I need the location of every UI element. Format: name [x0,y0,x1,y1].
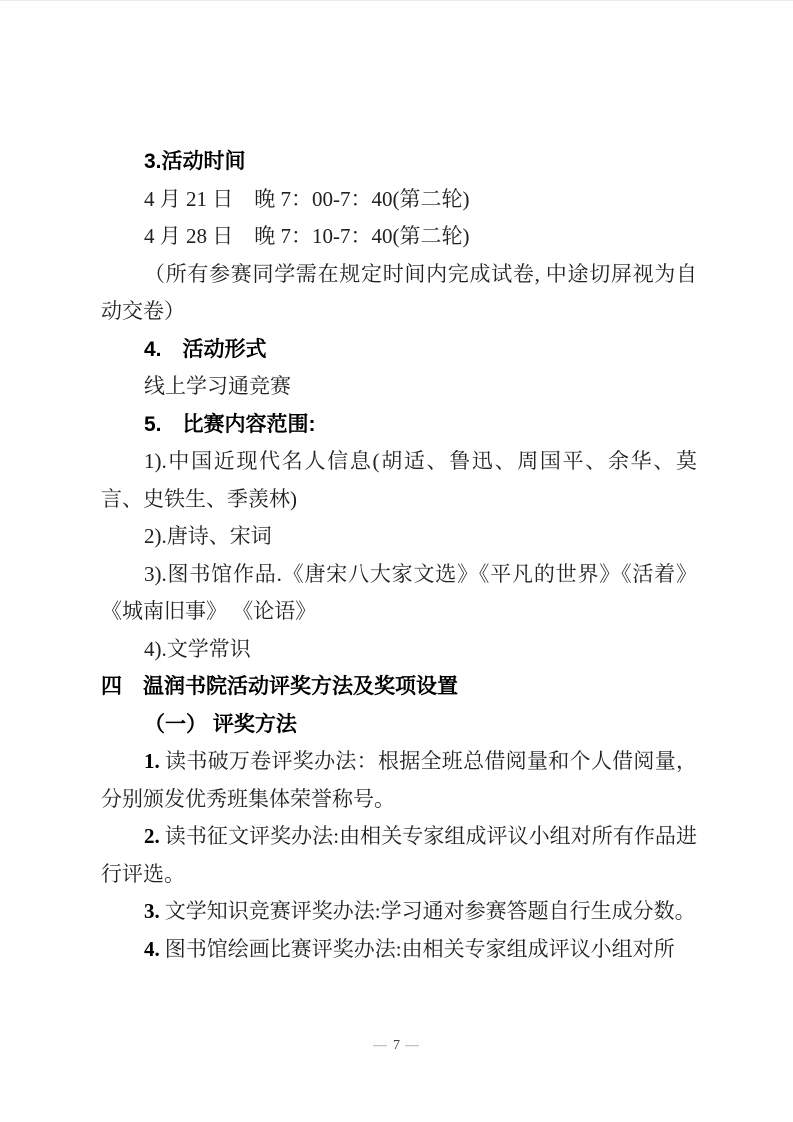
page-footer: —7— [0,1037,793,1055]
paragraph-text: 3).图书馆作品.《唐宋八大家文选》《平凡的世界》《活着》《城南旧事》 《论语》 [101,562,697,624]
paragraph-award-method-2: 2.读书征文评奖办法:由相关专家组成评议小组对所有作品进行评选。 [101,818,697,893]
paragraph-scope-item-2: 2).唐诗、宋词 [101,518,697,556]
paragraph-date-round-2: 4 月 28 日 晚 7：10-7：40(第二轮) [101,218,697,256]
heading-text: 3.活动时间 [144,150,246,173]
heading-text: 四 温润书院活动评奖方法及奖项设置 [101,675,458,698]
heading-activity-time: 3.活动时间 [101,143,697,181]
paragraph-text: 读书破万卷评奖办法：根据全班总借阅量和个人借阅量，分别颁发优秀班集体荣誉称号。 [101,749,697,811]
paragraph-exam-rule-note: （所有参赛同学需在规定时间内完成试卷, 中途切屏视为自动交卷） [101,256,697,331]
paragraph-text: （所有参赛同学需在规定时间内完成试卷, 中途切屏视为自动交卷） [101,262,697,324]
paragraph-scope-item-4: 4).文学常识 [101,631,697,669]
paragraph-award-method-3: 3.文学知识竞赛评奖办法:学习通对参赛答题自行生成分数。 [101,893,697,931]
page-number: 7 [393,1038,400,1053]
paragraph-date-round-1: 4 月 21 日 晚 7：00-7：40(第二轮) [101,181,697,219]
paragraph-award-method-4: 4.图书馆绘画比赛评奖办法:由相关专家组成评议小组对所 [101,931,697,969]
paragraph-award-method-1: 1.读书破万卷评奖办法：根据全班总借阅量和个人借阅量，分别颁发优秀班集体荣誉称号… [101,743,697,818]
footer-dash-right: — [405,1038,420,1053]
paragraph-text: 文学知识竞赛评奖办法:学习通对参赛答题自行生成分数。 [165,899,696,923]
heading-section-awards: 四 温润书院活动评奖方法及奖项设置 [101,668,697,706]
paragraph-number: 2. [144,824,160,848]
paragraph-scope-item-1: 1).中国近现代名人信息(胡适、鲁迅、周国平、余华、莫言、史铁生、季羡林) [101,443,697,518]
heading-competition-scope: 5. 比赛内容范围: [101,406,697,444]
paragraph-number: 4. [144,937,160,961]
heading-award-method: （一） 评奖方法 [101,706,697,744]
paragraph-text: 图书馆绘画比赛评奖办法:由相关专家组成评议小组对所 [165,937,675,961]
paragraph-text: 读书征文评奖办法:由相关专家组成评议小组对所有作品进行评选。 [101,824,697,886]
paragraph-number: 3. [144,899,160,923]
heading-text: （一） 评奖方法 [144,713,297,736]
paragraph-text: 1).中国近现代名人信息(胡适、鲁迅、周国平、余华、莫言、史铁生、季羡林) [101,449,697,511]
paragraph-activity-format: 线上学习通竞赛 [101,368,697,406]
paragraph-text: 4).文学常识 [144,637,251,661]
heading-text: 5. 比赛内容范围: [144,413,316,436]
paragraph-number: 1. [144,749,160,773]
paragraph-text: 4 月 21 日 晚 7：00-7：40(第二轮) [144,187,469,211]
document-body: 3.活动时间 4 月 21 日 晚 7：00-7：40(第二轮) 4 月 28 … [101,143,697,968]
paragraph-scope-item-3: 3).图书馆作品.《唐宋八大家文选》《平凡的世界》《活着》《城南旧事》 《论语》 [101,556,697,631]
paragraph-text: 线上学习通竞赛 [144,374,291,398]
heading-activity-format: 4. 活动形式 [101,331,697,369]
document-page: 3.活动时间 4 月 21 日 晚 7：00-7：40(第二轮) 4 月 28 … [0,0,793,1122]
heading-text: 4. 活动形式 [144,338,267,361]
paragraph-text: 4 月 28 日 晚 7：10-7：40(第二轮) [144,224,469,248]
paragraph-text: 2).唐诗、宋词 [144,524,272,548]
footer-dash-left: — [373,1038,388,1053]
